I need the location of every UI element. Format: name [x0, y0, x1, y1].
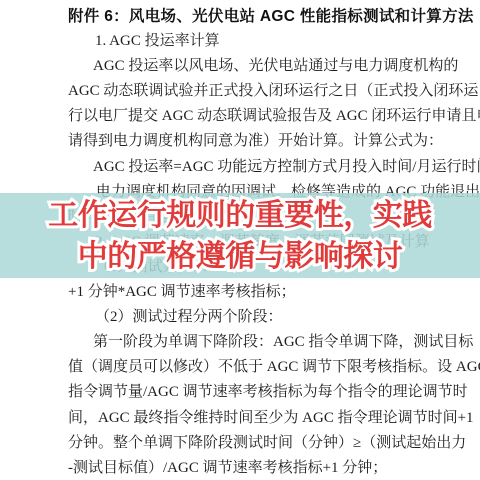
doc-line: -测试目标值）/AGC 调节速率考核指标+1 分钟； — [0, 456, 480, 480]
doc-line: 请得到电力调度机构同意为准）开始计算。计算公式为： — [0, 129, 480, 154]
doc-line: 值（调度员可以修改）不低于 AGC 调节下限考核指标。设 AGC — [0, 355, 480, 380]
doc-line: 行以电厂提交 AGC 动态联调试验报告及 AGC 闭环运行申请且申 — [0, 104, 480, 129]
doc-line: AGC 动态联调试验并正式投入闭环运行之日（正式投入闭环运 — [0, 79, 480, 104]
doc-line: 指令调节量/AGC 调节速率考核指标为每个指令的理论调节时 — [0, 380, 480, 405]
doc-line: 分钟。整个单调下降阶段测试时间（分钟）≥（测试起始出力 — [0, 431, 480, 456]
doc-formula-line: AGC 投运率=AGC 功能远方控制方式月投入时间/月运行时间* 100% — [0, 155, 480, 180]
doc-line: AGC 投运率以风电场、光伏电站通过与电力调度机构的 — [0, 54, 480, 79]
headline-line-1-text: 工作运行规则的重要性，实践 — [48, 195, 432, 236]
document-page: 附件 6：风电场、光伏电站 AGC 性能指标测试和计算方法 1. AGC 投运率… — [0, 0, 480, 480]
doc-line: 1. AGC 投运率计算 — [0, 29, 480, 54]
doc-line: +1 分钟*AGC 调节速率考核指标； — [0, 280, 480, 305]
headline-line-2-text: 中的严格遵循与影响探讨 — [78, 236, 403, 277]
doc-line: （2）测试过程分两个阶段： — [0, 305, 480, 330]
doc-line: 第一阶段为单调下降阶段：AGC 指令单调下降，测试目标 — [0, 330, 480, 355]
doc-title: 附件 6：风电场、光伏电站 AGC 性能指标测试和计算方法 — [0, 4, 480, 29]
doc-line: 间，AGC 最终指令维持时间至少为 AGC 指令理论调节时间+1 — [0, 406, 480, 431]
headline-line-1: 工作运行规则的重要性，实践 工作运行规则的重要性，实践 — [48, 195, 432, 236]
headline-line-2: 中的严格遵循与影响探讨 中的严格遵循与影响探讨 — [78, 236, 403, 277]
headline-overlay: 工作运行规则的重要性，实践 工作运行规则的重要性，实践 中的严格遵循与影响探讨 … — [0, 193, 480, 278]
